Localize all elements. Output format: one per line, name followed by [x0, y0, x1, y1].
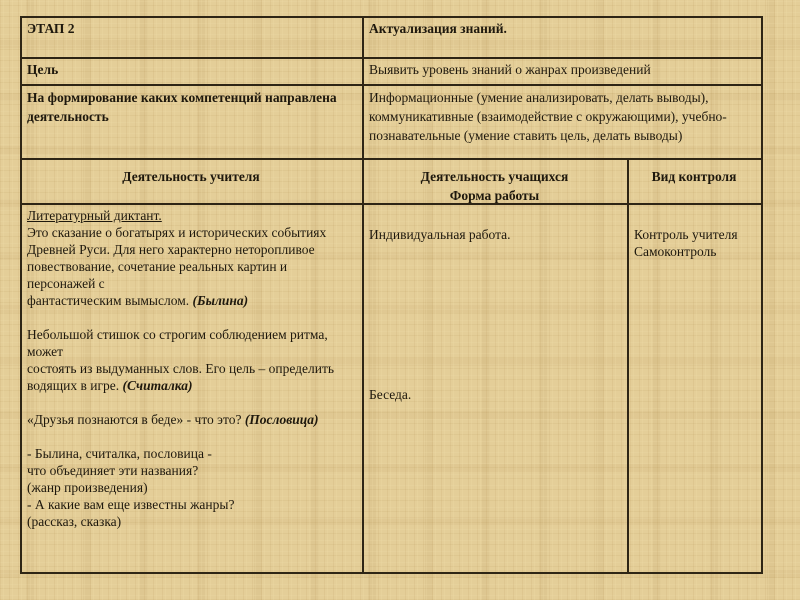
table-row-competencies: На формирование каких компетенций направ…	[22, 86, 761, 160]
teacher-activity-cell: Литературный диктант. Это сказание о бог…	[22, 205, 362, 572]
text-line: Древней Руси. Для него характерно неторо…	[27, 241, 355, 258]
control-line: Самоконтроль	[634, 243, 754, 260]
goal-label-cell: Цель	[22, 59, 362, 84]
blank-line	[27, 309, 355, 326]
table-header-row: Деятельность учителя Деятельность учащих…	[22, 160, 761, 205]
table-row-goal: Цель Выявить уровень знаний о жанрах про…	[22, 59, 761, 86]
answer-bylina: (Былина)	[193, 293, 249, 308]
text-line: фантастическим вымыслом. (Былина)	[27, 292, 355, 309]
paragraph-schitalka: Небольшой стишок со строгим соблюдением …	[27, 326, 355, 394]
text-line: Это сказание о богатырях и исторических …	[27, 224, 355, 241]
competencies-line: коммуникативные (взаимодействие с окружа…	[369, 107, 754, 126]
text-fragment: фантастическим вымыслом.	[27, 293, 193, 308]
stage-label-cell: ЭТАП 2	[22, 18, 362, 57]
goal-value-cell: Выявить уровень знаний о жанрах произвед…	[362, 59, 761, 84]
text-line: состоять из выдуманных слов. Его цель – …	[27, 360, 355, 377]
competencies-line: Информационные (умение анализировать, де…	[369, 88, 754, 107]
header-students-line2: Форма работы	[369, 186, 620, 203]
header-teacher-activity: Деятельность учителя	[22, 160, 362, 203]
question-line: (жанр произведения)	[27, 479, 355, 496]
text-line: водящих в игре. (Считалка)	[27, 377, 355, 394]
blank-line	[27, 394, 355, 411]
competencies-value-cell: Информационные (умение анализировать, де…	[362, 86, 761, 158]
blank-line	[27, 428, 355, 445]
questions-block: - Былина, считалка, пословица - что объе…	[27, 445, 355, 530]
answer-schitalka: (Считалка)	[122, 378, 192, 393]
header-students-line1: Деятельность учащихся	[369, 167, 620, 186]
answer-poslovitsa: (Пословица)	[245, 412, 319, 427]
question-line: - Былина, считалка, пословица -	[27, 445, 355, 462]
question-line: - А какие вам еще известны жанры?	[27, 496, 355, 513]
question-line: (рассказ, сказка)	[27, 513, 355, 530]
students-activity-item: Беседа.	[369, 386, 620, 403]
lesson-plan-table: ЭТАП 2 Актуализация знаний. Цель Выявить…	[20, 16, 763, 574]
text-line: повествование, сочетание реальных картин…	[27, 258, 355, 292]
paragraph-poslovitsa: «Друзья познаются в беде» - что это? (По…	[27, 411, 355, 428]
header-students-activity: Деятельность учащихся Форма работы	[362, 160, 627, 203]
question-line: что объединяет эти названия?	[27, 462, 355, 479]
control-line: Контроль учителя	[634, 226, 754, 243]
table-content-row: Литературный диктант. Это сказание о бог…	[22, 205, 761, 572]
table-row-stage: ЭТАП 2 Актуализация знаний.	[22, 18, 761, 59]
lesson-plan-slide: ЭТАП 2 Актуализация знаний. Цель Выявить…	[0, 0, 800, 600]
text-line: Небольшой стишок со строгим соблюдением …	[27, 326, 355, 360]
text-fragment: водящих в игре.	[27, 378, 122, 393]
paragraph-bylina: Это сказание о богатырях и исторических …	[27, 224, 355, 309]
header-control-type: Вид контроля	[627, 160, 761, 203]
stage-value-cell: Актуализация знаний.	[362, 18, 761, 57]
competencies-label-cell: На формирование каких компетенций направ…	[22, 86, 362, 158]
students-activity-cell: Индивидуальная работа. Беседа.	[362, 205, 627, 572]
dictation-title: Литературный диктант.	[27, 207, 355, 224]
text-fragment: «Друзья познаются в беде» - что это?	[27, 412, 245, 427]
control-type-cell: Контроль учителя Самоконтроль	[627, 205, 761, 572]
students-activity-item: Индивидуальная работа.	[369, 226, 620, 243]
competencies-line: познавательные (умение ставить цель, дел…	[369, 126, 754, 145]
